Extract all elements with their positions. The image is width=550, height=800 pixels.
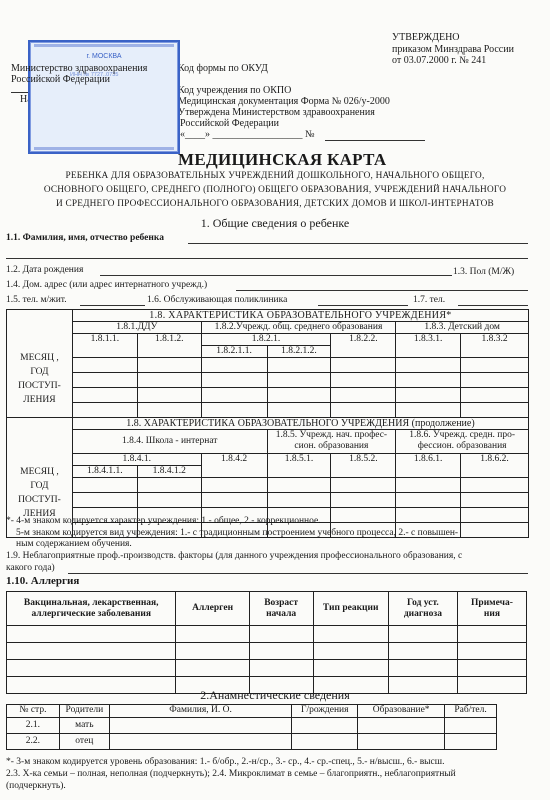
- okud-code-label: Код формы по ОКУД: [178, 63, 268, 75]
- cell[interactable]: [461, 388, 529, 403]
- cell[interactable]: [457, 660, 526, 677]
- cell[interactable]: [267, 403, 331, 418]
- col-1832: 1.8.3.2: [461, 334, 529, 358]
- note-4th-sign: *- 4-м знаком кодируется характер учрежд…: [6, 516, 321, 527]
- approved-by: Утверждена Министерством здравоохранения: [178, 107, 375, 119]
- approval-order: приказом Минздрава России: [392, 44, 514, 56]
- cell[interactable]: [461, 478, 529, 493]
- parents-header-4: Образование*: [358, 705, 445, 718]
- cell[interactable]: [461, 523, 529, 538]
- cell[interactable]: [313, 660, 388, 677]
- cell[interactable]: [201, 358, 267, 373]
- cell[interactable]: [249, 660, 313, 677]
- address-label: 1.4. Дом. адрес (или адрес интернатного …: [6, 280, 207, 291]
- subtitle-line2: ОСНОВНОГО ОБЩЕГО, СРЕДНЕГО (ПОЛНОГО) ОБЩ…: [0, 184, 550, 197]
- cell[interactable]: [267, 478, 331, 493]
- table-title: 1.8. ХАРАКТЕРИСТИКА ОБРАЗОВАТЕЛЬНОГО УЧР…: [72, 310, 528, 322]
- cell[interactable]: [396, 508, 461, 523]
- section1-title: 1. Общие сведения о ребенке: [0, 216, 550, 231]
- approved-rf: Российской Федерации: [180, 118, 279, 130]
- col-18211: 1.8.2.1.1.: [201, 346, 267, 358]
- col-1852: 1.8.5.2.: [331, 454, 396, 478]
- factors-field[interactable]: [68, 573, 528, 574]
- col-1851: 1.8.5.1.: [267, 454, 331, 478]
- col-1841: 1.8.4.1.: [72, 454, 201, 466]
- col-1861: 1.8.6.1.: [396, 454, 461, 478]
- form-number-field[interactable]: [325, 140, 425, 141]
- parents-header-0: № стр.: [7, 705, 60, 718]
- cell[interactable]: [176, 626, 249, 643]
- note-5th-sign-cont: ным содержанием обучения.: [16, 539, 132, 550]
- cell[interactable]: [176, 660, 249, 677]
- parents-header-5: Раб/тел.: [445, 705, 497, 718]
- cell[interactable]: [137, 478, 201, 493]
- cell[interactable]: [201, 493, 267, 508]
- cell[interactable]: [72, 403, 137, 418]
- cell[interactable]: [7, 660, 176, 677]
- parents-header-2: Фамилия, И. О.: [109, 705, 291, 718]
- allergy-title: 1.10. Аллергия: [6, 575, 79, 587]
- parent-work[interactable]: [445, 718, 497, 734]
- allergy-header-3: Тип реакции: [313, 592, 388, 626]
- note-5th-sign: 5-м знаком кодируется вид учреждения: 1.…: [16, 528, 458, 539]
- allergy-header-1: Аллерген: [176, 592, 249, 626]
- cell[interactable]: [267, 373, 331, 388]
- cell[interactable]: [267, 388, 331, 403]
- cell[interactable]: [201, 388, 267, 403]
- cell[interactable]: [7, 643, 176, 660]
- row-header-cell: МЕСЯЦ ,ГОДПОСТУП-ЛЕНИЯ: [7, 310, 73, 418]
- table-row: [7, 643, 527, 660]
- family-note-cont: (подчеркнуть).: [6, 781, 66, 792]
- family-note: 2.3. Х-ка семьи – полная, неполная (подч…: [6, 769, 456, 780]
- ministry-line2: Российской Федерации: [11, 74, 110, 86]
- parents-header-1: Родители: [59, 705, 109, 718]
- cell[interactable]: [72, 373, 137, 388]
- col-1842: 1.8.4.2: [201, 454, 267, 478]
- parent-parent: мать: [59, 718, 109, 734]
- phone-label: 1.5. тел. м/жит.: [6, 295, 67, 306]
- cell[interactable]: [72, 493, 137, 508]
- group-school: 1.8.2.Учрежд. общ. среднего образования: [201, 322, 396, 334]
- section2-title: 2.Анамнестические сведения: [0, 688, 550, 703]
- cell[interactable]: [137, 358, 201, 373]
- col-18412: 1.8.4.1.2: [137, 466, 201, 478]
- cell[interactable]: [331, 508, 396, 523]
- group-secondary-prof: 1.8.6. Учрежд. средн. про-фессион. образ…: [396, 430, 529, 454]
- stamp-city: г. МОСКВА: [30, 53, 178, 60]
- parent-name[interactable]: [109, 734, 291, 750]
- factors-label: 1.9. Неблагоприятные проф.-производств. …: [6, 551, 462, 562]
- cell[interactable]: [72, 478, 137, 493]
- cell[interactable]: [331, 403, 396, 418]
- cell[interactable]: [331, 493, 396, 508]
- col-18212: 1.8.2.1.2.: [267, 346, 331, 358]
- fio-label: 1.1. Фамилия, имя, отчество ребенка: [6, 233, 164, 244]
- parent-num: 2.1.: [7, 718, 60, 734]
- cell[interactable]: [396, 388, 461, 403]
- cell[interactable]: [461, 508, 529, 523]
- cell[interactable]: [461, 373, 529, 388]
- dob-label: 1.2. Дата рождения: [6, 265, 83, 276]
- clinic-label: 1.6. Обслуживающая поликлиника: [147, 295, 287, 306]
- cell[interactable]: [201, 478, 267, 493]
- col-1822: 1.8.2.2.: [331, 334, 396, 358]
- cell[interactable]: [396, 493, 461, 508]
- table-row: [7, 626, 527, 643]
- cell[interactable]: [331, 478, 396, 493]
- stamp: г. МОСКВА ИНН № 7727..0735: [28, 40, 180, 154]
- col-1831: 1.8.3.1.: [396, 334, 461, 358]
- table-row: 2.1.мать: [7, 718, 497, 734]
- allergy-header-4: Год уст.диагноза: [388, 592, 457, 626]
- subtitle-line3: И СРЕДНЕГО ПРОФЕССИОНАЛЬНОГО ОБРАЗОВАНИЯ…: [0, 198, 550, 211]
- cell[interactable]: [137, 403, 201, 418]
- allergy-header-0: Вакцинальная, лекарственная,аллергически…: [7, 592, 176, 626]
- parent-work[interactable]: [445, 734, 497, 750]
- cell[interactable]: [461, 403, 529, 418]
- cell[interactable]: [176, 643, 249, 660]
- okpo-code-label: Код учреждения по ОКПО: [178, 85, 291, 97]
- col-1812: 1.8.1.2.: [137, 334, 201, 358]
- cell[interactable]: [331, 373, 396, 388]
- factors-label-cont: какого года): [6, 563, 55, 574]
- cell[interactable]: [137, 493, 201, 508]
- cell[interactable]: [396, 478, 461, 493]
- cell[interactable]: [137, 373, 201, 388]
- sex-label: 1.3. Пол (М/Ж): [453, 267, 514, 278]
- table-row: 2.2.отец: [7, 734, 497, 750]
- cell[interactable]: [313, 643, 388, 660]
- cell[interactable]: [137, 388, 201, 403]
- cell[interactable]: [396, 358, 461, 373]
- subtitle-line1: РЕБЕНКА ДЛЯ ОБРАЗОВАТЕЛЬНЫХ УЧРЕЖДЕНИЙ Д…: [0, 170, 550, 183]
- cell[interactable]: [388, 626, 457, 643]
- group-orphanage: 1.8.3. Детский дом: [396, 322, 529, 334]
- col-18411: 1.8.4.1.1.: [72, 466, 137, 478]
- cell[interactable]: [331, 358, 396, 373]
- clinic-phone-field[interactable]: [458, 305, 528, 306]
- cell[interactable]: [201, 373, 267, 388]
- cell[interactable]: [388, 660, 457, 677]
- col-1862: 1.8.6.2.: [461, 454, 529, 478]
- allergy-header-2: Возрастначала: [249, 592, 313, 626]
- table-title-continued: 1.8. ХАРАКТЕРИСТИКА ОБРАЗОВАТЕЛЬНОГО УЧР…: [72, 418, 528, 430]
- parent-name[interactable]: [109, 718, 291, 734]
- parent-num: 2.2.: [7, 734, 60, 750]
- dob-field[interactable]: [100, 275, 452, 276]
- cell[interactable]: [457, 643, 526, 660]
- cell[interactable]: [267, 493, 331, 508]
- parent-edu[interactable]: [358, 718, 445, 734]
- approval-date: от 03.07.2000 г. № 241: [392, 55, 486, 67]
- parent-birth[interactable]: [292, 718, 358, 734]
- cell[interactable]: [249, 643, 313, 660]
- cell[interactable]: [457, 626, 526, 643]
- group-boarding-school: 1.8.4. Школа - интернат: [72, 430, 267, 454]
- parent-edu[interactable]: [358, 734, 445, 750]
- table-row: [7, 660, 527, 677]
- approval-title: УТВЕРЖДЕНО: [392, 32, 460, 44]
- cell[interactable]: [461, 358, 529, 373]
- phone-field[interactable]: [80, 305, 145, 306]
- institution-table: МЕСЯЦ ,ГОДПОСТУП-ЛЕНИЯ 1.8. ХАРАКТЕРИСТИ…: [6, 309, 529, 538]
- ministry-line1: Министерство здравоохранения: [11, 63, 147, 75]
- cell[interactable]: [388, 643, 457, 660]
- cell[interactable]: [313, 626, 388, 643]
- cell[interactable]: [7, 626, 176, 643]
- cell[interactable]: [331, 388, 396, 403]
- cell[interactable]: [461, 493, 529, 508]
- parent-birth[interactable]: [292, 734, 358, 750]
- cell[interactable]: [201, 403, 267, 418]
- cell[interactable]: [267, 358, 331, 373]
- parents-header-3: Г/рождения: [292, 705, 358, 718]
- fio-field[interactable]: [188, 243, 528, 244]
- cell[interactable]: [72, 388, 137, 403]
- parent-parent: отец: [59, 734, 109, 750]
- col-1811: 1.8.1.1.: [72, 334, 137, 358]
- clinic-phone-label: 1.7. тел.: [413, 295, 445, 306]
- parents-table: № стр.РодителиФамилия, И. О.Г/рожденияОб…: [6, 704, 497, 750]
- group-primary-prof: 1.8.5. Учрежд. нач. профес-сион. образов…: [267, 430, 396, 454]
- cell[interactable]: [396, 403, 461, 418]
- group-ddu: 1.8.1.ДДУ: [72, 322, 201, 334]
- cell[interactable]: [249, 626, 313, 643]
- cell[interactable]: [72, 358, 137, 373]
- allergy-table: Вакцинальная, лекарственная,аллергически…: [6, 591, 527, 694]
- fio-field-line2[interactable]: [6, 258, 528, 259]
- page-title: МЕДИЦИНСКАЯ КАРТА: [178, 150, 386, 170]
- form-date-line: «____» __________________ №: [180, 129, 315, 141]
- col-1821: 1.8.2.1.: [201, 334, 331, 346]
- education-note: *- 3-м знаком кодируется уровень образов…: [6, 757, 444, 768]
- cell[interactable]: [396, 373, 461, 388]
- form-number: Медицинская документация Форма № 026/у-2…: [178, 96, 390, 108]
- clinic-field[interactable]: [318, 305, 408, 306]
- allergy-header-5: Примеча-ния: [457, 592, 526, 626]
- address-field[interactable]: [236, 290, 528, 291]
